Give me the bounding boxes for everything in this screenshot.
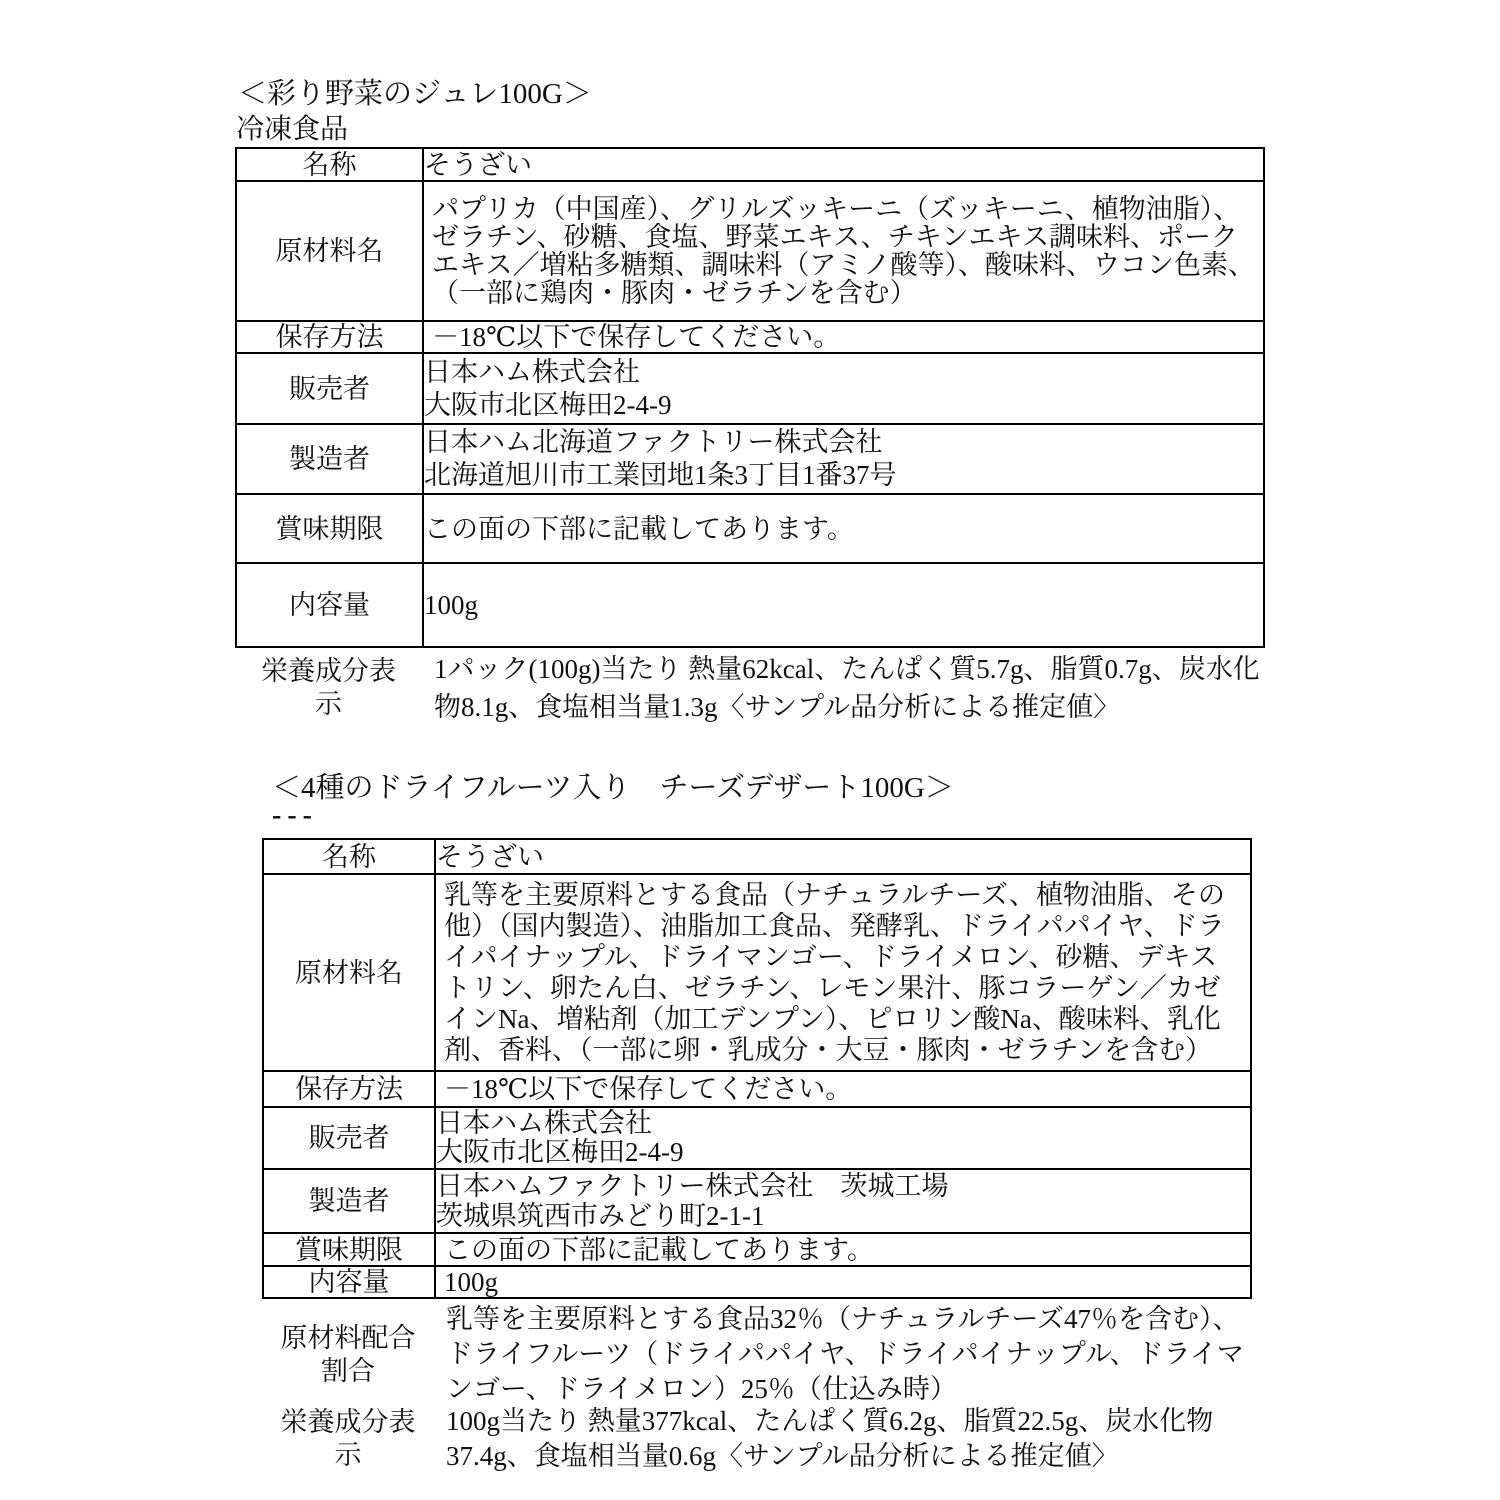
row-value: 日本ハムファクトリー株式会社 茨城工場 茨城県筑西市みどり町2-1-1 xyxy=(435,1169,1251,1233)
row-value: 乳等を主要原料とする食品（ナチュラルチーズ、植物油脂、その他）（国内製造）、油脂… xyxy=(435,874,1251,1071)
table-row: 名称 そうざい xyxy=(236,148,1264,181)
table-row: 名称 そうざい xyxy=(263,839,1251,874)
row-label: 製造者 xyxy=(263,1169,435,1233)
table-row: 賞味期限 この面の下部に記載してあります。 xyxy=(263,1233,1251,1266)
product1-title: ＜彩り野菜のジュレ100G＞ xyxy=(238,78,592,110)
row-value: この面の下部に記載してあります。 xyxy=(423,494,1264,563)
row-value: 100g xyxy=(435,1266,1251,1298)
table-row: 製造者 日本ハム北海道ファクトリー株式会社 北海道旭川市工業団地1条3丁目1番3… xyxy=(236,424,1264,494)
product2-nutrition-row: 栄養成分表示 100g当たり 熱量377kcal、たんぱく質6.2g、脂質22.… xyxy=(262,1404,1262,1474)
row-label: 内容量 xyxy=(263,1266,435,1298)
product2-title: ＜4種のドライフルーツ入り チーズデザート100G＞ xyxy=(272,772,954,804)
product1-spec-table: 名称 そうざい 原材料名 パプリカ（中国産）、グリルズッキーニ（ズッキーニ、植物… xyxy=(235,147,1265,648)
value-line: 大阪市北区梅田2-4-9 xyxy=(424,389,1263,422)
value-line: 100g xyxy=(424,590,1263,620)
product-label-sheet: { "product1": { "title": "＜彩り野菜のジュレ100G＞… xyxy=(0,0,1500,1500)
separator-dashes: --- xyxy=(272,800,318,832)
row-value: －18℃以下で保存してください。 xyxy=(435,1071,1251,1107)
row-value: 100g xyxy=(423,563,1264,647)
product1-subtitle: 冷凍食品 xyxy=(236,114,348,145)
ratio-label: 原材料配合割合 xyxy=(262,1302,434,1407)
value-line: この面の下部に記載してあります。 xyxy=(424,514,1263,544)
value-line: この面の下部に記載してあります。 xyxy=(444,1236,1242,1264)
value-line: 乳等を主要原料とする食品（ナチュラルチーズ、植物油脂、その他）（国内製造）、油脂… xyxy=(444,880,1242,1066)
table-row: 賞味期限 この面の下部に記載してあります。 xyxy=(236,494,1264,563)
value-line: －18℃以下で保存してください。 xyxy=(432,324,1255,350)
ratio-value: 乳等を主要原料とする食品32％（ナチュラルチーズ47％を含む）、ドライフルーツ（… xyxy=(434,1302,1262,1407)
product2-spec-table: 名称 そうざい 原材料名 乳等を主要原料とする食品（ナチュラルチーズ、植物油脂、… xyxy=(262,838,1252,1299)
value-line: パプリカ（中国産）、グリルズッキーニ（ズッキーニ、植物油脂）、ゼラチン、砂糖、食… xyxy=(432,195,1255,307)
value-line: 大阪市北区梅田2-4-9 xyxy=(436,1138,1250,1167)
table-row: 原材料名 乳等を主要原料とする食品（ナチュラルチーズ、植物油脂、その他）（国内製… xyxy=(263,874,1251,1071)
row-value: －18℃以下で保存してください。 xyxy=(423,321,1264,353)
row-label: 賞味期限 xyxy=(263,1233,435,1266)
product2-ratio-row: 原材料配合割合 乳等を主要原料とする食品32％（ナチュラルチーズ47％を含む）、… xyxy=(262,1302,1262,1407)
value-line: 日本ハム株式会社 xyxy=(424,356,1263,389)
product1-nutrition-row: 栄養成分表示 1パック(100g)当たり 熱量62kcal、たんぱく質5.7g、… xyxy=(235,650,1265,726)
value-line: そうざい xyxy=(424,150,1263,180)
value-line: 100g xyxy=(444,1268,1242,1296)
row-label: 名称 xyxy=(263,839,435,874)
row-value: そうざい xyxy=(423,148,1264,181)
value-line: 北海道旭川市工業団地1条3丁目1番37号 xyxy=(424,459,1263,492)
value-line: 日本ハムファクトリー株式会社 茨城工場 xyxy=(436,1171,1250,1201)
row-label: 名称 xyxy=(236,148,423,181)
value-line: そうざい xyxy=(436,842,1250,872)
table-row: 製造者 日本ハムファクトリー株式会社 茨城工場 茨城県筑西市みどり町2-1-1 xyxy=(263,1169,1251,1233)
row-value: 日本ハム株式会社 大阪市北区梅田2-4-9 xyxy=(435,1107,1251,1169)
row-label: 販売者 xyxy=(236,353,423,424)
row-value: パプリカ（中国産）、グリルズッキーニ（ズッキーニ、植物油脂）、ゼラチン、砂糖、食… xyxy=(423,181,1264,321)
value-line: 日本ハム北海道ファクトリー株式会社 xyxy=(424,426,1263,459)
row-label: 保存方法 xyxy=(263,1071,435,1107)
table-row: 保存方法 －18℃以下で保存してください。 xyxy=(236,321,1264,353)
value-line: 日本ハム株式会社 xyxy=(436,1109,1250,1138)
nutrition-label: 栄養成分表示 xyxy=(235,650,422,726)
row-value: 日本ハム株式会社 大阪市北区梅田2-4-9 xyxy=(423,353,1264,424)
nutrition-label: 栄養成分表示 xyxy=(262,1404,434,1474)
table-row: 原材料名 パプリカ（中国産）、グリルズッキーニ（ズッキーニ、植物油脂）、ゼラチン… xyxy=(236,181,1264,321)
row-label: 内容量 xyxy=(236,563,423,647)
table-row: 販売者 日本ハム株式会社 大阪市北区梅田2-4-9 xyxy=(236,353,1264,424)
nutrition-value: 100g当たり 熱量377kcal、たんぱく質6.2g、脂質22.5g、炭水化物… xyxy=(434,1404,1262,1474)
row-label: 原材料名 xyxy=(236,181,423,321)
row-label: 原材料名 xyxy=(263,874,435,1071)
value-line: 茨城県筑西市みどり町2-1-1 xyxy=(436,1201,1250,1231)
row-label: 販売者 xyxy=(263,1107,435,1169)
row-label: 保存方法 xyxy=(236,321,423,353)
value-line: －18℃以下で保存してください。 xyxy=(444,1075,1242,1103)
nutrition-value: 1パック(100g)当たり 熱量62kcal、たんぱく質5.7g、脂質0.7g、… xyxy=(422,650,1265,726)
table-row: 販売者 日本ハム株式会社 大阪市北区梅田2-4-9 xyxy=(263,1107,1251,1169)
row-value: そうざい xyxy=(435,839,1251,874)
row-label: 賞味期限 xyxy=(236,494,423,563)
row-label: 製造者 xyxy=(236,424,423,494)
table-row: 内容量 100g xyxy=(263,1266,1251,1298)
table-row: 保存方法 －18℃以下で保存してください。 xyxy=(263,1071,1251,1107)
table-row: 内容量 100g xyxy=(236,563,1264,647)
row-value: この面の下部に記載してあります。 xyxy=(435,1233,1251,1266)
row-value: 日本ハム北海道ファクトリー株式会社 北海道旭川市工業団地1条3丁目1番37号 xyxy=(423,424,1264,494)
